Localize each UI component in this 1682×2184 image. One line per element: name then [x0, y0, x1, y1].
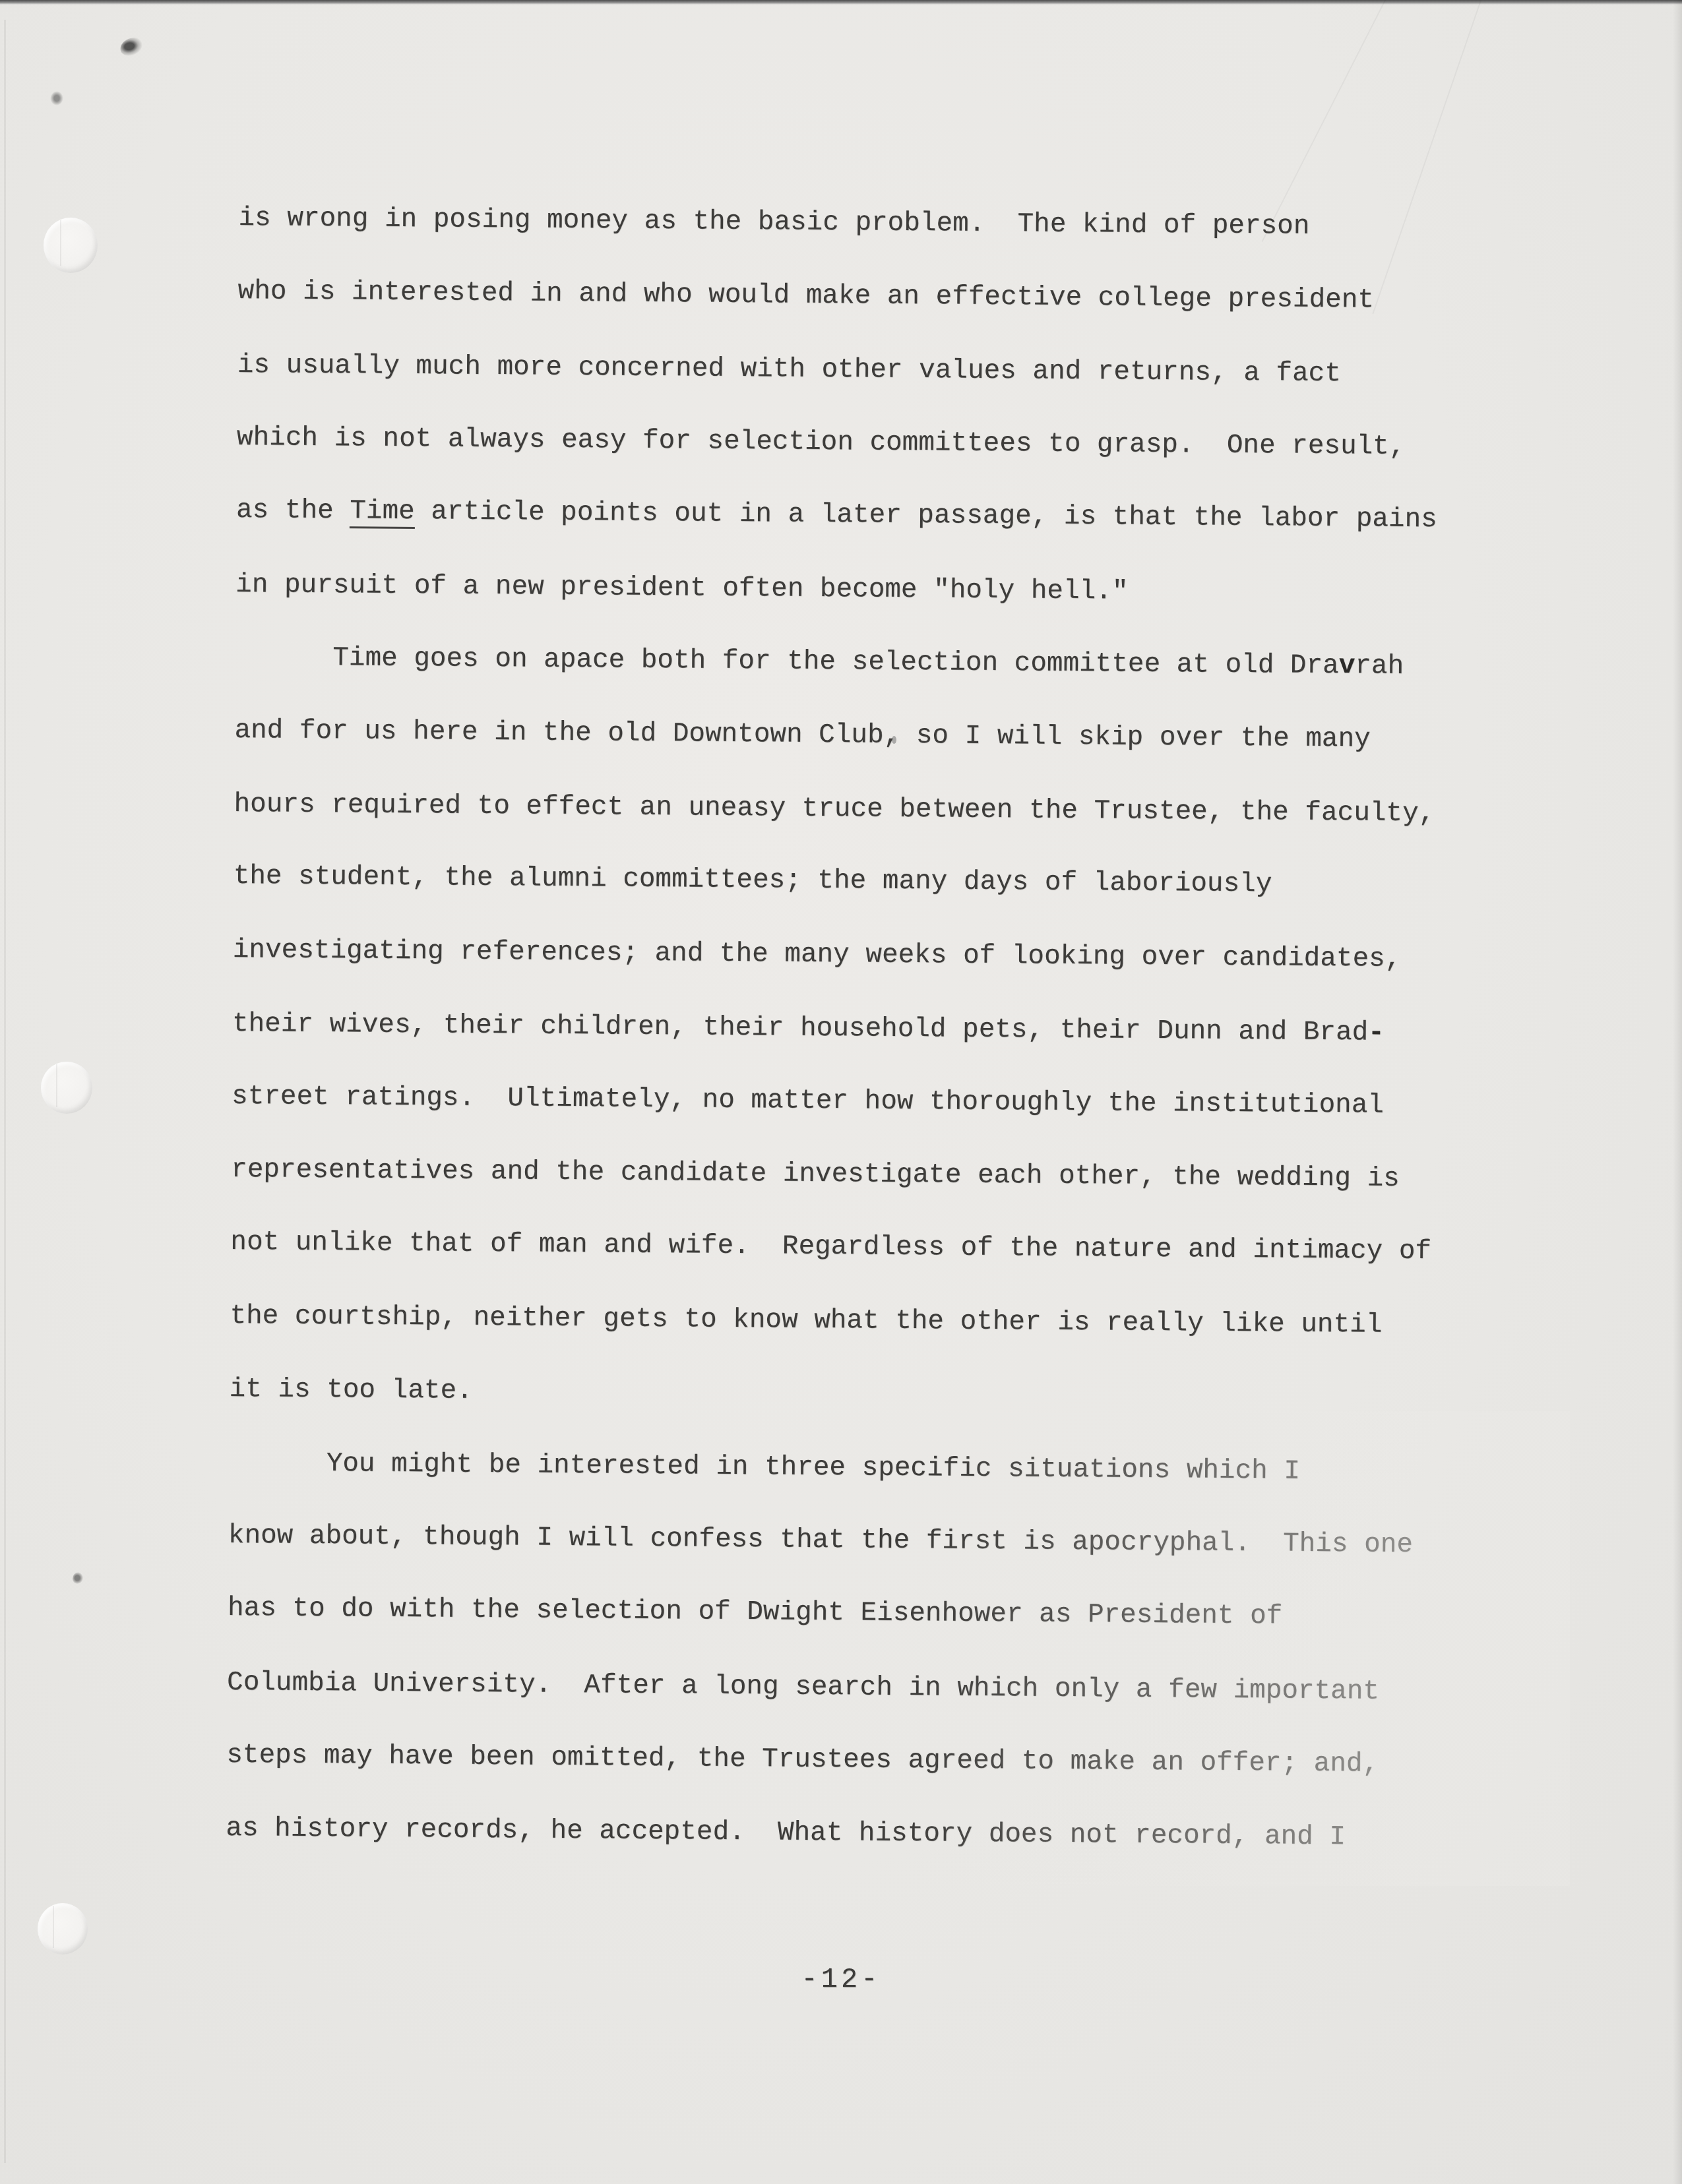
page-number: -12-: [0, 1964, 1682, 1995]
text-segment: in pursuit of a new president often beco…: [235, 570, 1129, 607]
text-line: it is too late.: [229, 1353, 1483, 1436]
text-segment: hours required to effect an uneasy truce…: [234, 789, 1435, 829]
text-segment: the courtship, neither gets to know what…: [230, 1301, 1382, 1341]
text-line: has to do with the selection of Dwight E…: [228, 1572, 1481, 1655]
text-segment: Columbia University. After a long search…: [227, 1668, 1379, 1707]
text-line: You might be interested in three specifi…: [228, 1427, 1482, 1510]
ink-smudge: [73, 1572, 83, 1584]
text-segment: You might be interested in three specifi…: [327, 1449, 1301, 1487]
scan-top-edge: [0, 0, 1682, 5]
punch-hole: [38, 1903, 88, 1955]
punch-hole: [41, 1062, 92, 1114]
text-segment: as history records, he accepted. What hi…: [226, 1813, 1346, 1852]
text-segment: -: [1368, 1017, 1385, 1048]
text-segment: has to do with the selection of Dwight E…: [228, 1593, 1283, 1632]
text-line: their wives, their children, their house…: [232, 988, 1486, 1071]
text-line: not unlike that of man and wife. Regardl…: [230, 1206, 1484, 1289]
text-line: and for us here in the old Downtown Club…: [234, 694, 1488, 777]
text-line: is usually much more concerned with othe…: [237, 329, 1491, 412]
text-segment: v: [1339, 651, 1355, 681]
text-segment: is wrong in posing money as the basic pr…: [238, 203, 1309, 242]
text-segment: it is too late.: [229, 1374, 472, 1407]
text-segment: steps may have been omitted, the Trustee…: [226, 1740, 1379, 1780]
text-segment: is usually much more concerned with othe…: [237, 350, 1341, 389]
text-line: who is interested in and who would make …: [237, 255, 1491, 338]
text-line: steps may have been omitted, the Trustee…: [226, 1719, 1480, 1802]
text-line: the student, the alumni committees; the …: [233, 840, 1487, 923]
scan-left-edge: [4, 20, 6, 2163]
punch-hole: [44, 218, 98, 273]
text-segment: their wives, their children, their house…: [232, 1009, 1369, 1048]
text-line: hours required to effect an uneasy truce…: [234, 768, 1487, 851]
text-segment: not unlike that of man and wife. Regardl…: [230, 1227, 1431, 1267]
text-line: know about, though I will confess that t…: [228, 1500, 1481, 1583]
document-page: is wrong in posing money as the basic pr…: [0, 0, 1682, 2184]
text-segment: know about, though I will confess that t…: [228, 1521, 1413, 1560]
text-segment: Time: [350, 496, 415, 529]
text-line: the courtship, neither gets to know what…: [230, 1280, 1483, 1363]
scan-right-edge: [1673, 0, 1682, 2184]
ink-smudge: [50, 91, 63, 106]
text-line: which is not always easy for selection c…: [237, 402, 1491, 485]
text-line: street ratings. Ultimately, no matter ho…: [232, 1060, 1485, 1143]
text-segment: the student, the alumni committees; the …: [234, 861, 1272, 899]
text-line: Columbia University. After a long search…: [227, 1647, 1481, 1730]
text-segment: rah: [1355, 651, 1404, 682]
text-segment: street ratings. Ultimately, no matter ho…: [232, 1081, 1384, 1121]
text-segment: representatives and the candidate invest…: [231, 1155, 1400, 1194]
text-block: is wrong in posing money as the basic pr…: [226, 182, 1492, 1875]
ink-smudge: [119, 36, 144, 58]
text-line: in pursuit of a new president often beco…: [235, 549, 1489, 632]
text-segment: who is interested in and who would make …: [238, 276, 1375, 316]
text-segment: as the: [236, 495, 350, 526]
text-line: representatives and the candidate invest…: [231, 1134, 1485, 1217]
text-line: is wrong in posing money as the basic pr…: [238, 182, 1492, 265]
text-segment: Time goes on apace both for the selectio…: [332, 643, 1339, 681]
text-segment: which is not always easy for selection c…: [237, 423, 1406, 462]
text-line: as the Time article points out in a late…: [236, 474, 1490, 557]
text-line: as history records, he accepted. What hi…: [226, 1792, 1480, 1875]
text-segment: investigating references; and the many w…: [233, 935, 1402, 975]
text-segment: article points out in a later passage, i…: [415, 497, 1437, 535]
text-line: Time goes on apace both for the selectio…: [235, 621, 1489, 704]
text-line: investigating references; and the many w…: [232, 914, 1486, 997]
text-segment: and for us here in the old Downtown Club…: [234, 715, 1371, 755]
